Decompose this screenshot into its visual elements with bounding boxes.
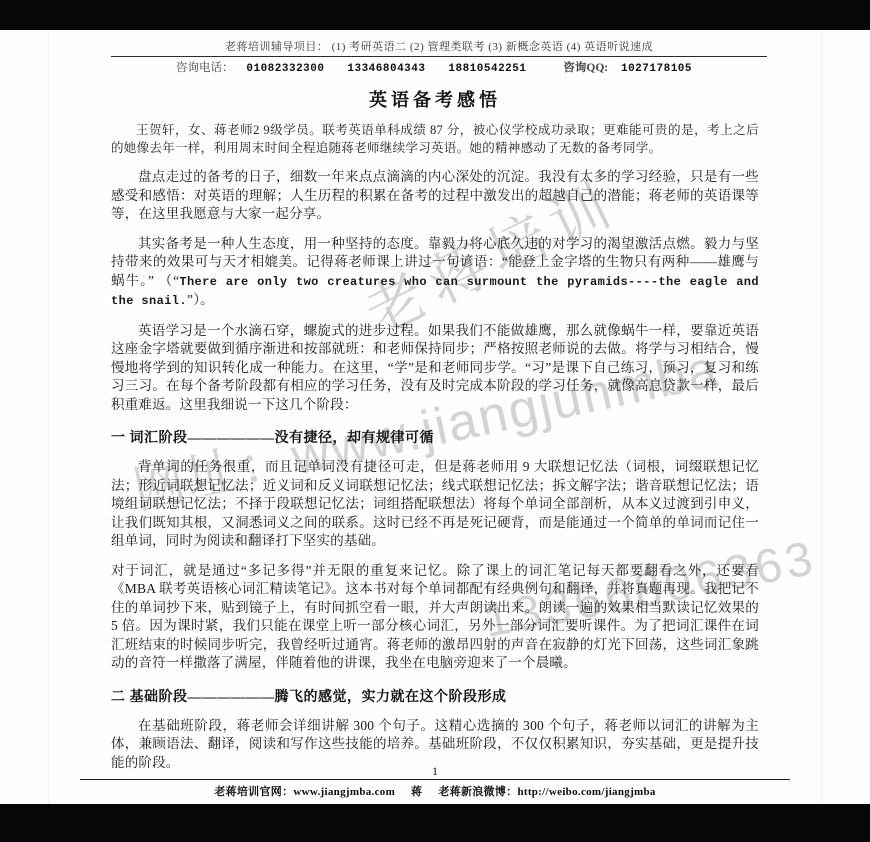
header-projects-line: 老蒋培训辅导项目： (1) 考研英语二 (2) 管理类联考 (3) 新概念英语 … bbox=[111, 38, 767, 57]
phone-number-3: 18810542251 bbox=[448, 63, 526, 75]
paragraph-learning: 英语学习是一个水滴石穿，螺旋式的进步过程。如果我们不能做雄鹰，那么就像蜗牛一样，… bbox=[111, 322, 759, 415]
page-number: 1 bbox=[49, 765, 821, 778]
header-contact-line: 咨询电话： 01082332300 13346804343 1881054225… bbox=[111, 59, 767, 75]
document-title: 英语备考感悟 bbox=[111, 86, 759, 112]
paragraph-attitude: 其实备考是一种人生态度，用一种坚持的态度。靠毅力将心底久违的对学习的渴望激活点燃… bbox=[111, 235, 759, 311]
paragraph-attitude-tail: ”）。 bbox=[187, 292, 214, 307]
footer-separator-glyph: 蒋 bbox=[411, 786, 422, 798]
paragraph-vocab-2: 对于词汇，就是通过“多记多得”并无限的重复来记忆。除了课上的词汇笔记每天都要翻看… bbox=[111, 562, 759, 673]
scanned-document-page: 老蒋培训 网址：www.jiangjunmba 13366806363 老蒋培训… bbox=[0, 0, 870, 842]
paper-sheet: 老蒋培训 网址：www.jiangjunmba 13366806363 老蒋培训… bbox=[49, 30, 821, 804]
phone-label: 咨询电话： bbox=[176, 62, 234, 74]
document-content: 老蒋培训辅导项目： (1) 考研英语二 (2) 管理类联考 (3) 新概念英语 … bbox=[111, 30, 759, 772]
page-header: 老蒋培训辅导项目： (1) 考研英语二 (2) 管理类联考 (3) 新概念英语 … bbox=[111, 38, 767, 75]
paragraph-review: 盘点走过的备考的日子，细数一年来点点滴滴的内心深处的沉淀。我没有太多的学习经验，… bbox=[111, 168, 759, 224]
qq-label: 咨询QQ: bbox=[563, 62, 608, 74]
phone-number-2: 13346804343 bbox=[347, 63, 425, 75]
section-heading-basic: 二 基础阶段——————腾飞的感觉，实力就在这个阶段形成 bbox=[111, 686, 759, 706]
phone-number-1: 01082332300 bbox=[246, 63, 324, 75]
footer-site-label: 老蒋培训官网： bbox=[214, 786, 293, 798]
top-black-bar bbox=[0, 0, 870, 30]
bottom-black-bar bbox=[0, 804, 870, 842]
page-area: 老蒋培训 网址：www.jiangjunmba 13366806363 老蒋培训… bbox=[0, 30, 870, 804]
footer-info-line: 老蒋培训官网：www.jiangjmba.com蒋老蒋新浪微博：http://w… bbox=[49, 783, 821, 799]
qq-number: 1027178105 bbox=[621, 63, 692, 75]
section-heading-vocab: 一 词汇阶段——————没有捷径，却有规律可循 bbox=[111, 427, 759, 447]
footer-site-url: www.jiangjmba.com bbox=[293, 786, 395, 798]
footer-weibo-url: http://weibo.com/jiangjmba bbox=[517, 786, 655, 798]
footer-weibo-label: 老蒋新浪微博： bbox=[438, 786, 517, 798]
footer-divider bbox=[80, 779, 790, 780]
page-footer: 1 老蒋培训官网：www.jiangjmba.com蒋老蒋新浪微博：http:/… bbox=[49, 765, 821, 799]
paragraph-vocab-1: 背单词的任务很重，而且记单词没有捷径可走，但是蒋老师用 9 大联想记忆法（词根，… bbox=[111, 458, 759, 551]
intro-paragraph: 王贺轩，女、蒋老师2 9级学员。联考英语单科成绩 87 分，被心仪学校成功录取；… bbox=[111, 121, 759, 157]
